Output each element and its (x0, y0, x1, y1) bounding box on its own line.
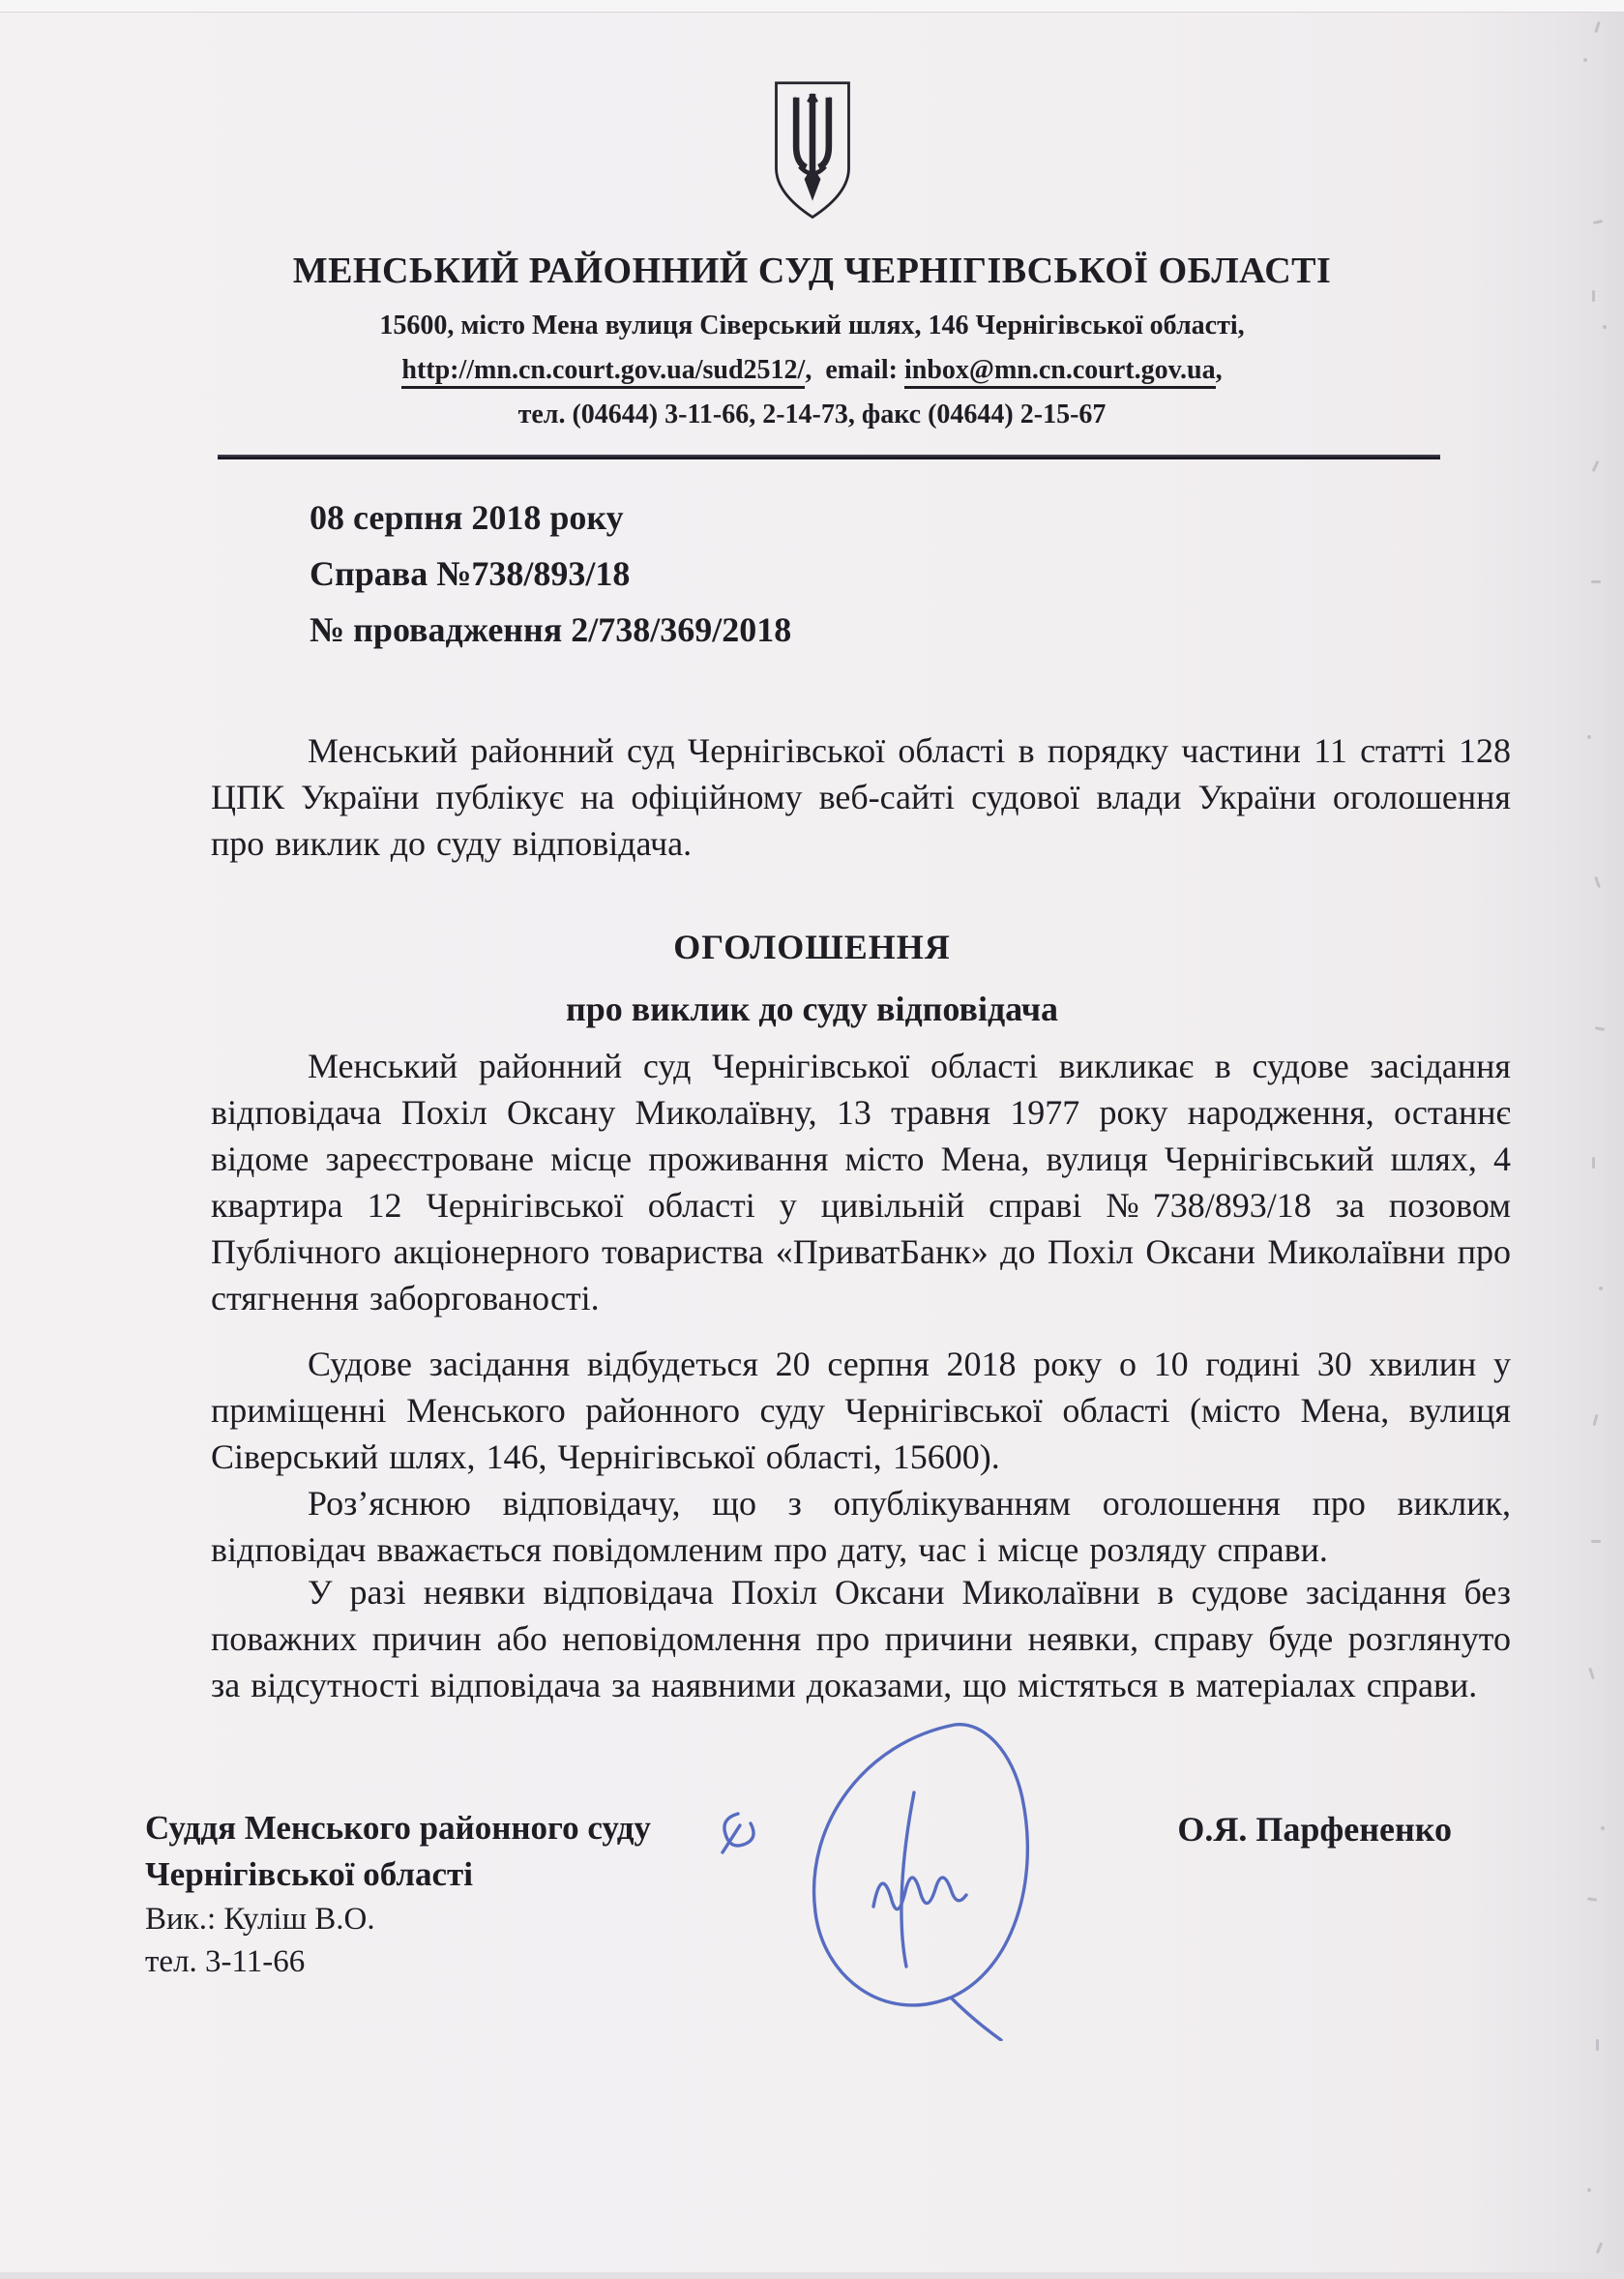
court-address-line: 15600, місто Мена вулиця Сіверський шлях… (0, 304, 1624, 348)
clerk-phone-line: тел. 3-11-66 (145, 1940, 651, 1983)
judge-name: О.Я. Парфененко (1177, 1809, 1469, 1850)
scan-edge-bottom (0, 2272, 1624, 2279)
court-phone-line: тел. (04644) 3-11-66, 2-14-73, факс (046… (0, 393, 1624, 437)
judge-title-block: Суддя Менського районного суду Чернігівс… (145, 1805, 651, 1983)
proceeding-number-line: № провадження 2/738/369/2018 (310, 602, 791, 658)
judge-title-line-1: Суддя Менського районного суду (145, 1805, 651, 1851)
court-email-text: inbox@mn.cn.court.gov.ua (904, 355, 1216, 389)
email-label: email: (825, 355, 898, 385)
judge-signature (711, 1717, 1088, 2041)
coat-of-arms (767, 79, 858, 224)
case-meta-block: 08 серпня 2018 року Справа №738/893/18 №… (310, 489, 791, 658)
court-name-title: МЕНСЬКИЙ РАЙОННИЙ СУД ЧЕРНІГІВСЬКОЇ ОБЛА… (0, 250, 1624, 292)
announcement-title: ОГОЛОШЕННЯ (0, 927, 1624, 967)
announcement-paragraph-summons: Менський районний суд Чернігівської обла… (211, 1043, 1511, 1321)
announcement-paragraph-notice: Роз’яснюю відповідачу, що з опублікуванн… (211, 1480, 1511, 1573)
case-number-line: Справа №738/893/18 (310, 546, 791, 602)
document-date-line: 08 серпня 2018 року (310, 489, 791, 546)
scan-edge-top (0, 0, 1624, 13)
intro-paragraph: Менський районний суд Чернігівської обла… (211, 727, 1511, 867)
court-contact-block: 15600, місто Мена вулиця Сіверський шлях… (0, 304, 1624, 437)
header-separator-rule (218, 455, 1440, 459)
trident-emblem-icon (767, 79, 858, 224)
announcement-subtitle: про виклик до суду відповідача (0, 989, 1624, 1029)
announcement-paragraph-absence: У разі неявки відповідача Похіл Оксани М… (211, 1569, 1511, 1708)
court-web-email-line: http://mn.cn.court.gov.ua/sud2512/,email… (0, 348, 1624, 393)
court-website-text: http://mn.cn.court.gov.ua/sud2512/ (401, 355, 805, 389)
clerk-name-line: Вик.: Куліш В.О. (145, 1898, 651, 1940)
scanned-page: МЕНСЬКИЙ РАЙОННИЙ СУД ЧЕРНІГІВСЬКОЇ ОБЛА… (0, 0, 1624, 2279)
judge-title-line-2: Чернігівської області (145, 1851, 651, 1898)
announcement-paragraph-hearing-date: Судове засідання відбудеться 20 серпня 2… (211, 1341, 1511, 1480)
